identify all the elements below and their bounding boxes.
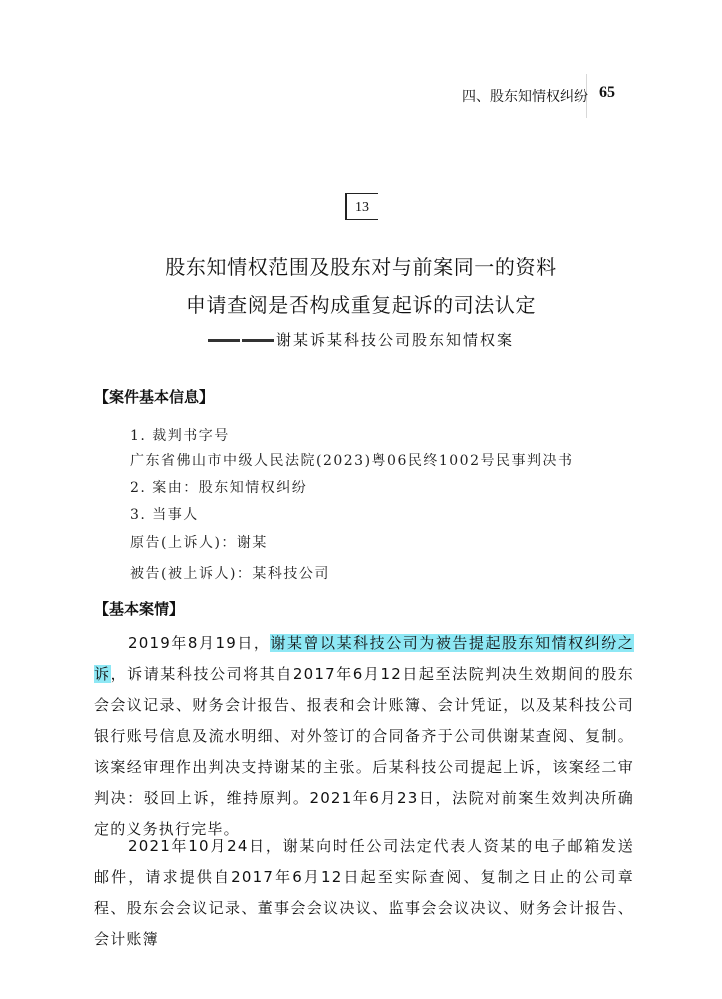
subtitle-text: 谢某诉某科技公司股东知情权案: [276, 331, 514, 349]
para1-date: 2019年8月19日，: [128, 634, 270, 652]
info-item: 3. 当事人: [130, 504, 199, 524]
para2-body: 2021年10月24日，谢某向时任公司法定代表人资某的电子邮箱发送邮件，请求提供…: [94, 837, 634, 948]
section-heading-basic-info: 【案件基本信息】: [94, 386, 214, 407]
paragraph-1: 2019年8月19日，谢某曾以某科技公司为被告提起股东知情权纠纷之诉，诉请某科技…: [94, 628, 634, 845]
em-dash: [242, 339, 274, 342]
info-item: 2. 案由：股东知情权纠纷: [130, 477, 307, 497]
info-item: 被告(被上诉人)：某科技公司: [130, 563, 330, 583]
title-line-2: 申请查阅是否构成重复起诉的司法认定: [0, 289, 722, 318]
info-item: 广东省佛山市中级人民法院(2023)粤06民终1002号民事判决书: [130, 450, 574, 470]
em-dash: [208, 339, 240, 342]
section-heading-case-facts: 【基本案情】: [94, 598, 184, 619]
title-line-1: 股东知情权范围及股东对与前案同一的资料: [0, 251, 722, 280]
para1-body: ，诉请某科技公司将其自2017年6月12日起至法院判决生效期间的股东会会议记录、…: [94, 665, 634, 838]
subtitle: 谢某诉某科技公司股东知情权案: [0, 329, 722, 350]
case-number-box: 13: [345, 193, 378, 220]
running-header-section: 四、股东知情权纠纷: [462, 86, 588, 106]
paragraph-2: 2021年10月24日，谢某向时任公司法定代表人资某的电子邮箱发送邮件，请求提供…: [94, 831, 634, 955]
info-item: 1. 裁判书字号: [130, 425, 230, 445]
info-item: 原告(上诉人)：谢某: [130, 532, 268, 552]
page-number: 65: [599, 84, 615, 102]
